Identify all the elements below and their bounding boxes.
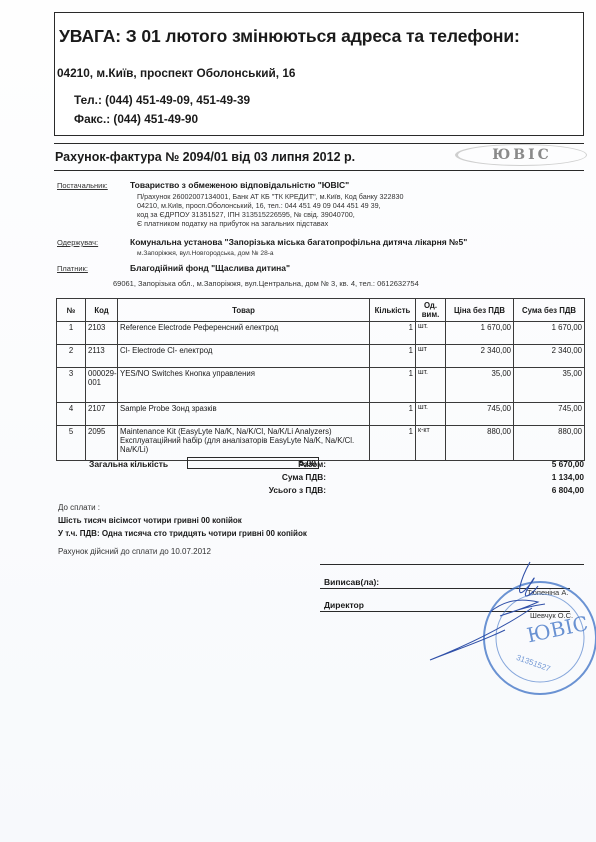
item-quantity: 1 [370,345,416,368]
item-description: Sample Probe Зонд зразків [118,403,370,426]
col-header-unit: Од. вим. [416,299,446,322]
item-sum: 2 340,00 [514,345,585,368]
item-unit: шт [416,345,446,368]
issued-by-label: Виписав(ла): [324,577,379,587]
col-header-sum: Сума без ПДВ [514,299,585,322]
table-header-row: № Код Товар Кількість Од. вим. Ціна без … [57,299,585,322]
supplier-label: Постачальник: [57,181,108,190]
item-unit: шт. [416,368,446,403]
item-unit: к-кт [416,426,446,461]
item-description: Maintenance Kit (EasyLyte Na/K, Na/K/Cl,… [118,426,370,461]
payer-address: 69061, Запорізька обл., м.Запоріжжя, вул… [113,279,419,289]
payment-label: До сплати : [58,503,100,512]
recipient-label: Одержувач: [57,238,98,247]
invoice-title: Рахунок-фактура № 2094/01 від 03 липня 2… [55,150,355,164]
table-row: 52095Maintenance Kit (EasyLyte Na/K, Na/… [57,426,585,461]
col-header-item: Товар [118,299,370,322]
notice-phones: Тел.: (044) 451-49-09, 451-49-39 [74,93,250,107]
recipient-name: Комунальна установа "Запорізька міська б… [130,237,467,247]
table-row: 42107Sample Probe Зонд зразків1шт.745,00… [57,403,585,426]
total-with-vat-label: Усього з ПДВ: [269,485,326,495]
supplier-details-line: Є платником податку на прибуток на загал… [137,219,328,229]
payer-name: Благодійний фонд "Щаслива дитина" [130,263,290,273]
item-price: 2 340,00 [446,345,514,368]
address-change-notice: УВАГА: З 01 лютого змінюються адреса та … [54,12,584,136]
item-code: 2103 [86,322,118,345]
recipient-address: м.Запоріжжя, вул.Новгородська, дом № 28-… [137,249,274,259]
items-table: № Код Товар Кількість Од. вим. Ціна без … [56,298,585,461]
item-sum: 1 670,00 [514,322,585,345]
item-code: 000029-001 [86,368,118,403]
row-number: 4 [57,403,86,426]
col-header-code: Код [86,299,118,322]
row-number: 3 [57,368,86,403]
director-label: Директор [324,600,364,610]
item-sum: 880,00 [514,426,585,461]
item-quantity: 1 [370,368,416,403]
col-header-quantity: Кількість [370,299,416,322]
row-number: 1 [57,322,86,345]
item-code: 2113 [86,345,118,368]
item-price: 35,00 [446,368,514,403]
invoice-page: УВАГА: З 01 лютого змінюються адреса та … [0,0,596,842]
item-quantity: 1 [370,403,416,426]
col-header-number: № [57,299,86,322]
table-row: 3000029-001YES/NO Switches Кнопка управл… [57,368,585,403]
vat-label: Сума ПДВ: [282,472,326,482]
total-with-vat-value: 6 804,00 [552,485,584,495]
item-price: 745,00 [446,403,514,426]
item-code: 2107 [86,403,118,426]
item-unit: шт. [416,403,446,426]
col-header-price: Ціна без ПДВ [446,299,514,322]
subtotal-label: Разом: [298,459,326,469]
payer-label: Платник: [57,264,88,273]
item-unit: шт. [416,322,446,345]
table-row: 22113Cl- Electrode Cl- електрод1шт2 340,… [57,345,585,368]
item-description: Cl- Electrode Cl- електрод [118,345,370,368]
table-row: 12103Reference Electrode Референсний еле… [57,322,585,345]
amount-in-words: Шість тисяч вісімсот чотири гривні 00 ко… [58,516,242,525]
subtotal-value: 5 670,00 [552,459,584,469]
company-logo: ЮВІС [455,144,587,166]
total-quantity-label: Загальна кількість [89,459,168,469]
row-number: 5 [57,426,86,461]
supplier-name: Товариство з обмеженою відповідальністю … [130,180,349,190]
vat-in-words: У т.ч. ПДВ: Одна тисяча сто тридцять чот… [58,529,307,538]
item-sum: 35,00 [514,368,585,403]
validity-note: Рахунок дійсний до сплати до 10.07.2012 [58,547,211,556]
notice-address: 04210, м.Київ, проспект Оболонський, 16 [57,66,295,80]
item-quantity: 1 [370,322,416,345]
item-description: YES/NO Switches Кнопка управления [118,368,370,403]
notice-fax: Факс.: (044) 451-49-90 [74,112,198,126]
notice-title: УВАГА: З 01 лютого змінюються адреса та … [59,26,520,47]
item-code: 2095 [86,426,118,461]
item-quantity: 1 [370,426,416,461]
item-price: 1 670,00 [446,322,514,345]
signature-scribble [420,560,560,665]
row-number: 2 [57,345,86,368]
item-price: 880,00 [446,426,514,461]
item-description: Reference Electrode Референсний електрод [118,322,370,345]
item-sum: 745,00 [514,403,585,426]
vat-value: 1 134,00 [552,472,584,482]
divider [54,170,584,171]
